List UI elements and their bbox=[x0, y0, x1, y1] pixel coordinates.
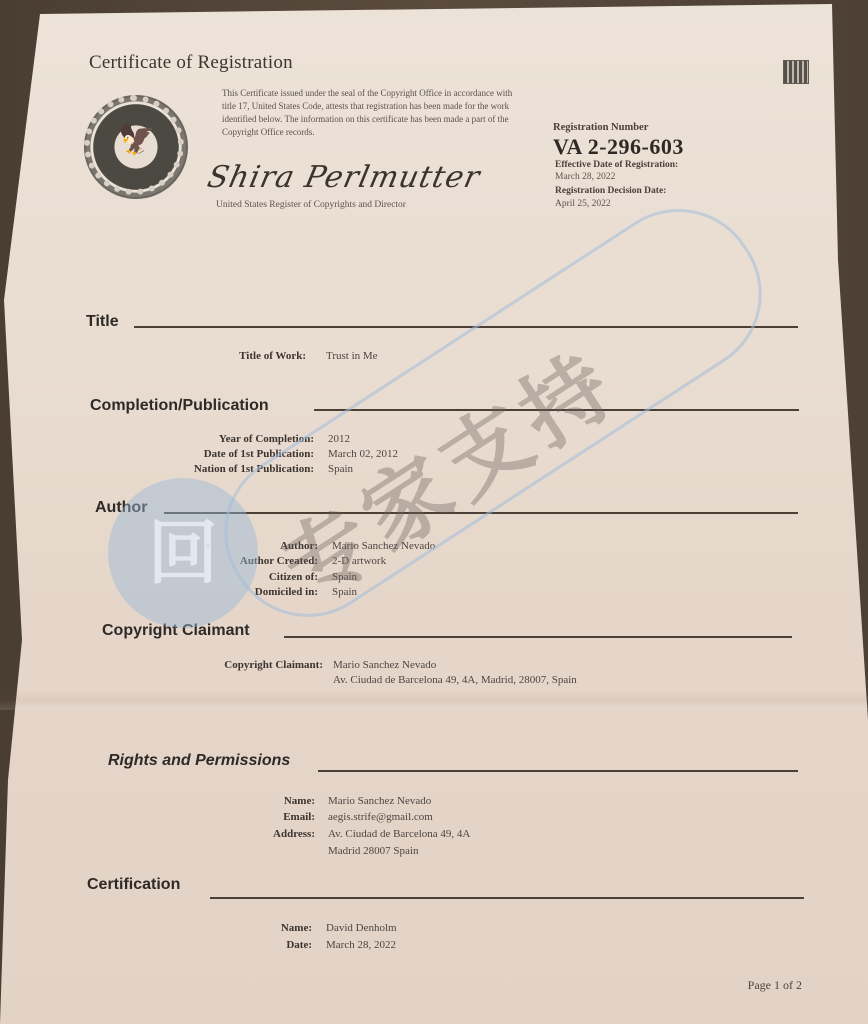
rights-address-line1: Av. Ciudad de Barcelona 49, 4A bbox=[328, 828, 470, 840]
section-heading-certification: Certification bbox=[87, 876, 180, 894]
data-matrix-code-icon bbox=[783, 60, 809, 84]
section-heading-completion: Completion/Publication bbox=[90, 397, 269, 415]
field-label: Date: bbox=[286, 939, 312, 951]
eagle-icon: 🦅 bbox=[118, 118, 150, 162]
paper-fold-crease bbox=[0, 690, 868, 710]
field-label: Copyright Claimant: bbox=[224, 659, 323, 671]
field-label: Email: bbox=[283, 811, 315, 823]
certification-name: David Denholm bbox=[326, 922, 397, 934]
claimant-name: Mario Sanchez Nevado bbox=[333, 659, 436, 671]
rights-name: Mario Sanchez Nevado bbox=[328, 795, 431, 807]
decision-date: April 25, 2022 bbox=[555, 199, 611, 209]
claimant-address: Av. Ciudad de Barcelona 49, 4A, Madrid, … bbox=[333, 674, 577, 686]
certificate-title: Certificate of Registration bbox=[89, 52, 293, 74]
rights-email: aegis.strife@gmail.com bbox=[328, 811, 433, 823]
section-rule bbox=[210, 897, 804, 899]
section-heading-title: Title bbox=[86, 313, 119, 331]
decision-date-label: Registration Decision Date: bbox=[555, 186, 666, 196]
certification-date: March 28, 2022 bbox=[326, 939, 396, 951]
field-label: Address: bbox=[273, 828, 315, 840]
effective-date-label: Effective Date of Registration: bbox=[555, 160, 678, 170]
registration-number: VA 2-296-603 bbox=[553, 134, 684, 160]
rights-address-line2: Madrid 28007 Spain bbox=[328, 845, 418, 857]
field-label: Name: bbox=[281, 922, 312, 934]
effective-date: March 28, 2022 bbox=[555, 172, 615, 182]
register-signature: Shira Perlmutter bbox=[204, 160, 483, 195]
registration-number-label: Registration Number bbox=[553, 122, 648, 133]
certificate-intro-text: This Certificate issued under the seal o… bbox=[222, 87, 522, 139]
section-rule bbox=[284, 636, 792, 638]
section-rule bbox=[318, 770, 798, 772]
signature-caption: United States Register of Copyrights and… bbox=[216, 200, 406, 210]
field-label: Title of Work: bbox=[239, 350, 306, 362]
field-label: Name: bbox=[284, 795, 315, 807]
section-heading-rights: Rights and Permissions bbox=[108, 752, 290, 770]
page-number: Page 1 of 2 bbox=[748, 978, 802, 993]
title-of-work: Trust in Me bbox=[326, 350, 378, 362]
watermark-logo-glyph: 回 bbox=[138, 508, 228, 598]
